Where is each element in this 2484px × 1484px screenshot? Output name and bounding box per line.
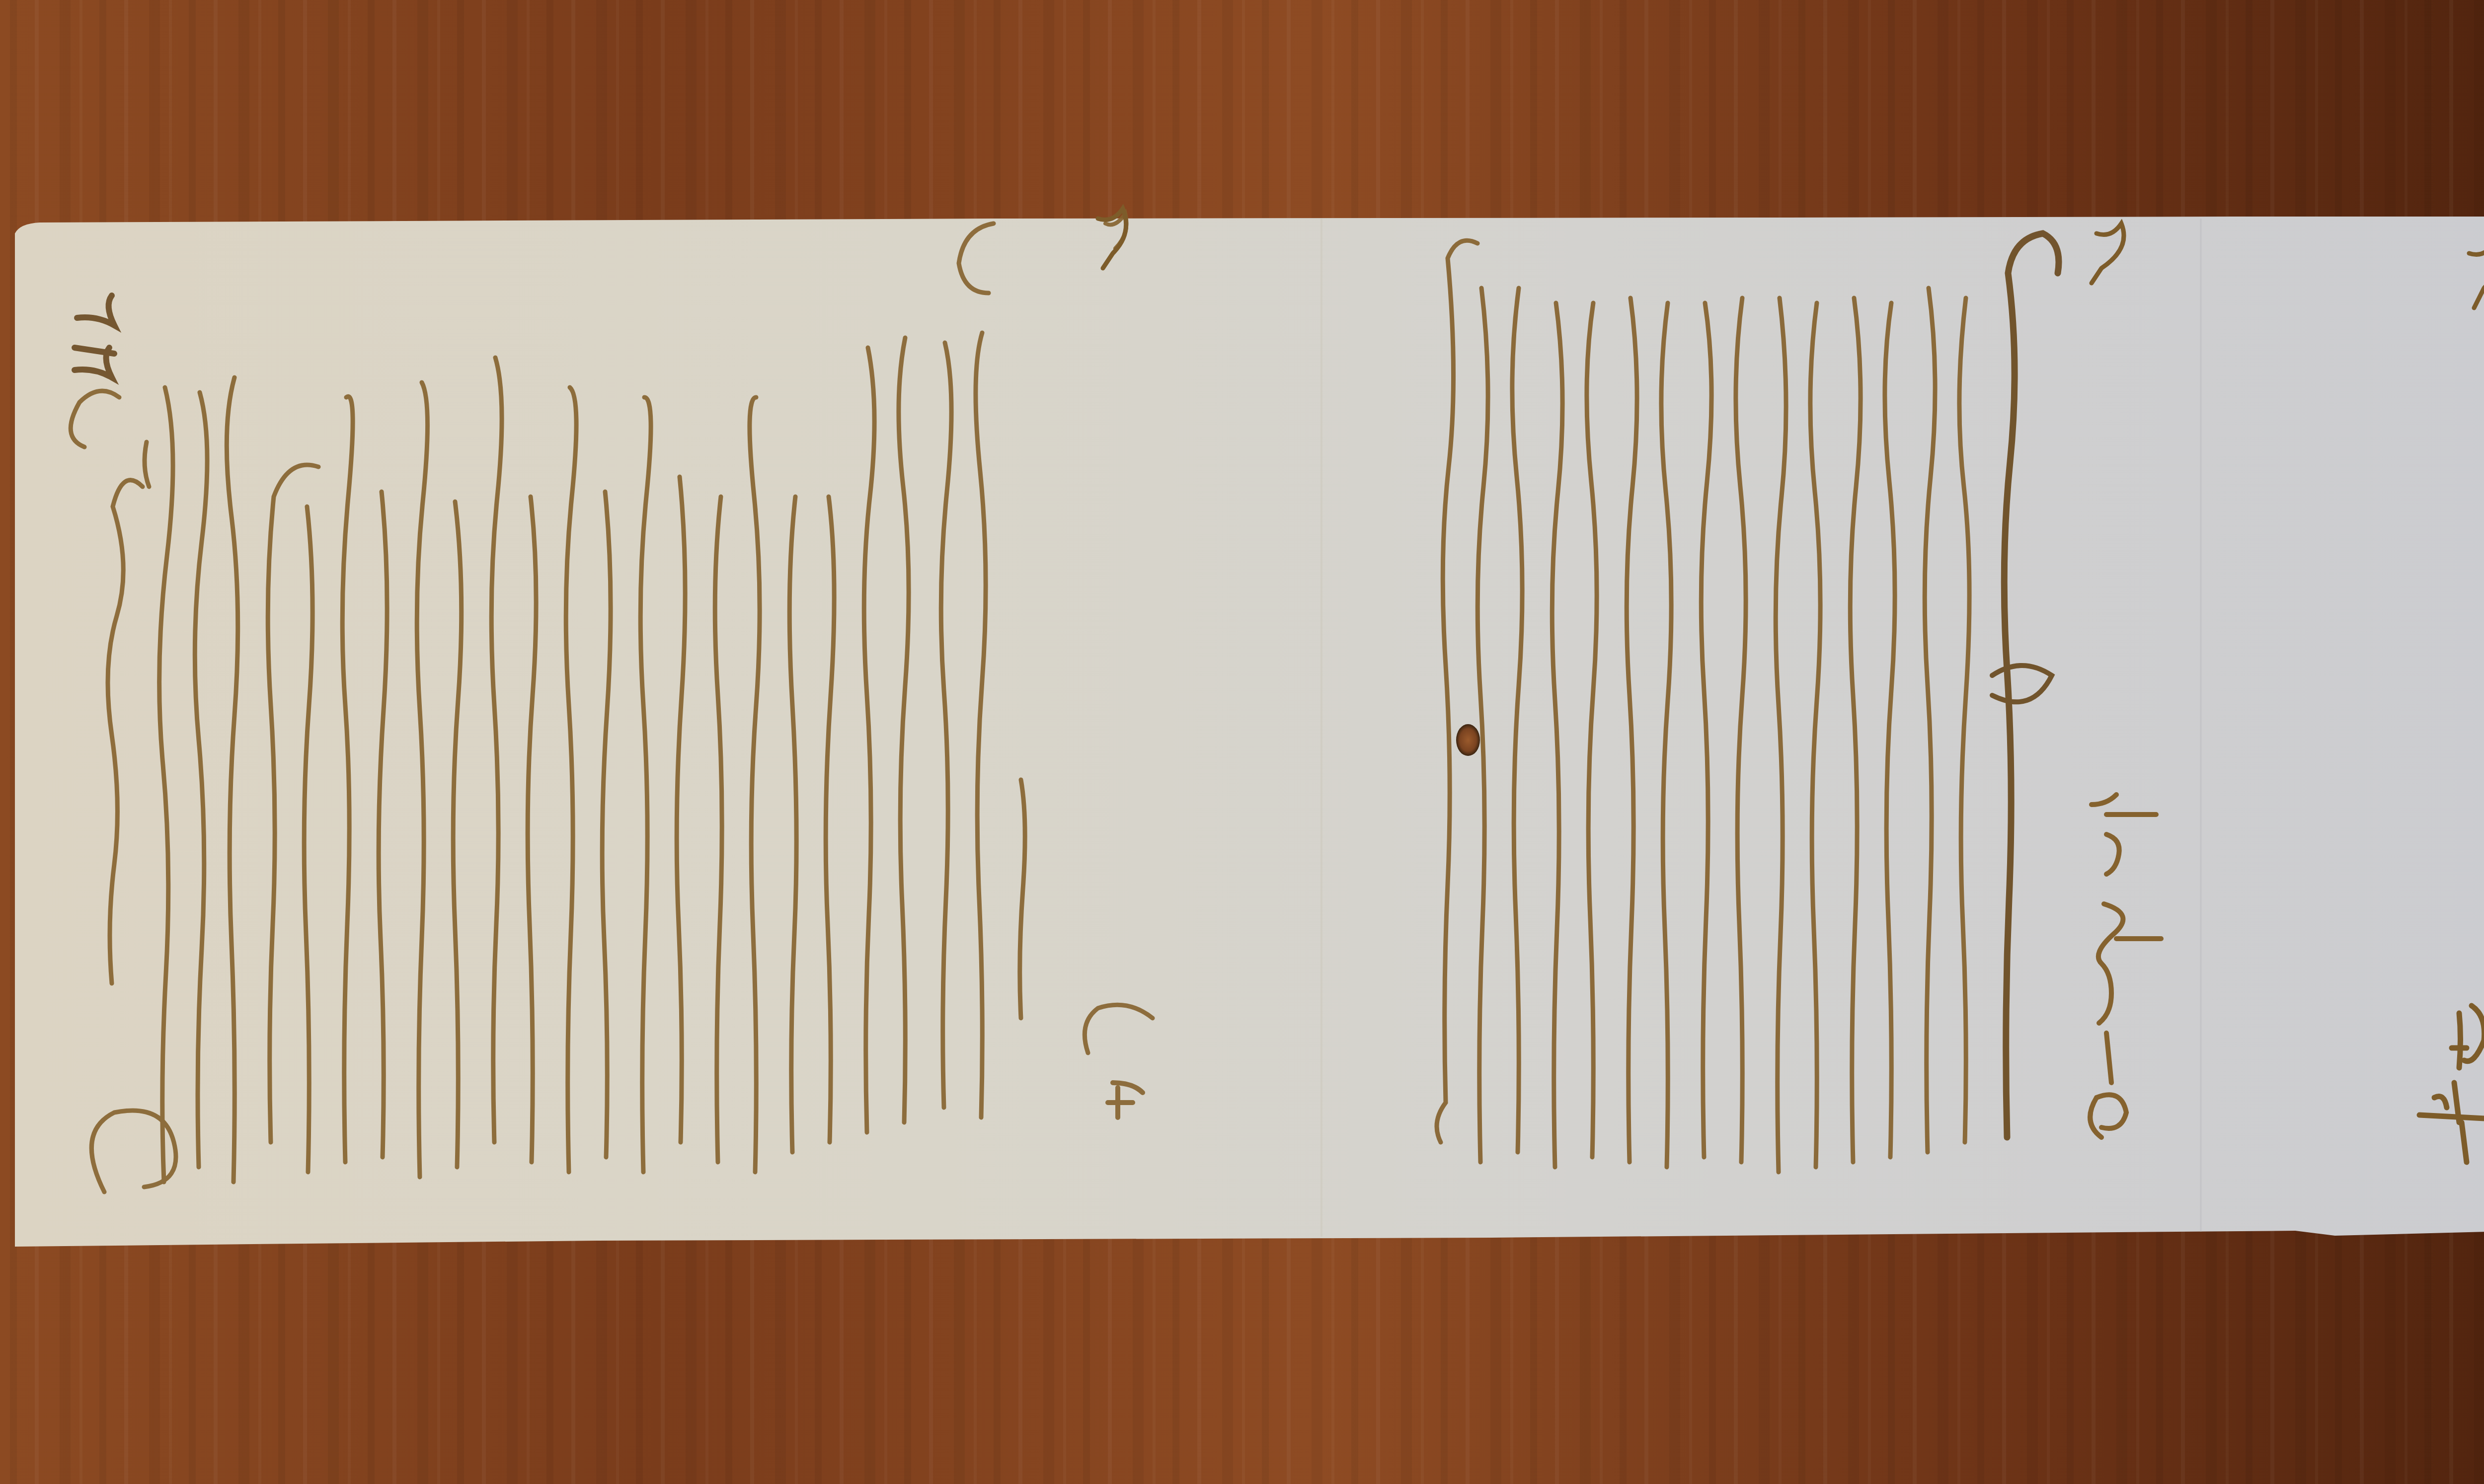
manuscript-photo xyxy=(0,0,2484,1484)
photo-stage: 212 Sub pena ... fiat First block of cur… xyxy=(0,0,2484,1484)
paper-hole xyxy=(1456,724,1480,756)
